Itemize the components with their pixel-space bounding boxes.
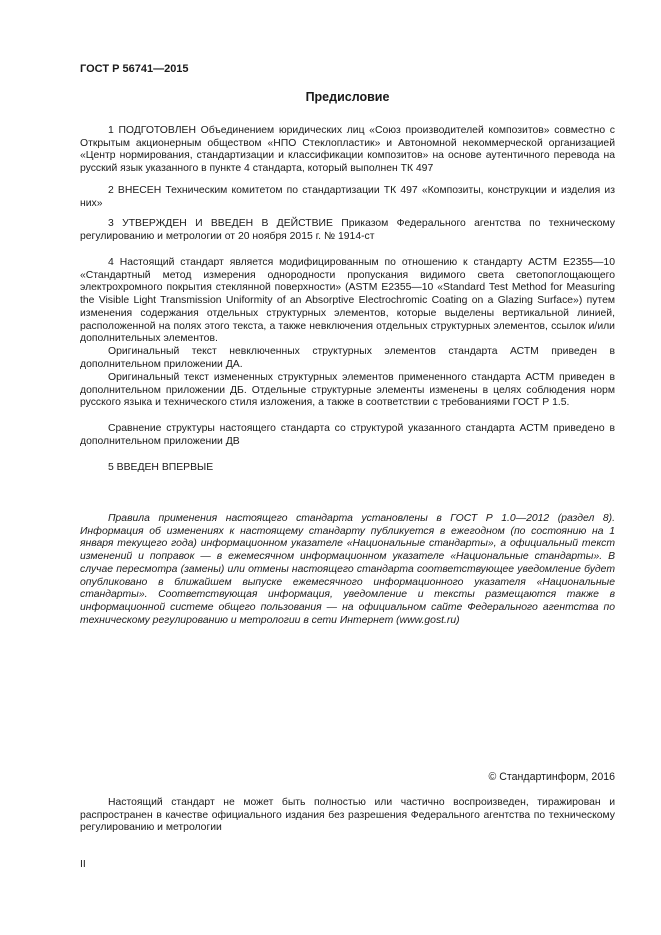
document-id: ГОСТ Р 56741—2015 xyxy=(80,63,189,75)
page-title: Предисловие xyxy=(80,90,615,104)
reproduction-notice: Настоящий стандарт не может быть полност… xyxy=(80,797,615,835)
section-2: 2 ВНЕСЕН Техническим комитетом по станда… xyxy=(80,185,615,210)
page-number: II xyxy=(80,859,86,870)
section-4-annex-dv: Сравнение структуры настоящего стандарта… xyxy=(80,423,615,448)
section-5: 5 ВВЕДЕН ВПЕРВЫЕ xyxy=(80,462,615,475)
section-4: 4 Настоящий стандарт является модифициро… xyxy=(80,257,615,346)
application-notice: Правила применения настоящего стандарта … xyxy=(80,513,615,627)
section-1: 1 ПОДГОТОВЛЕН Объединением юридических л… xyxy=(80,125,615,176)
section-4-annex-da: Оригинальный текст невключенных структур… xyxy=(80,346,615,371)
section-3: 3 УТВЕРЖДЕН И ВВЕДЕН В ДЕЙСТВИЕ Приказом… xyxy=(80,218,615,243)
copyright: © Стандартинформ, 2016 xyxy=(489,771,615,783)
section-4-annex-db: Оригинальный текст измененных структурны… xyxy=(80,372,615,410)
